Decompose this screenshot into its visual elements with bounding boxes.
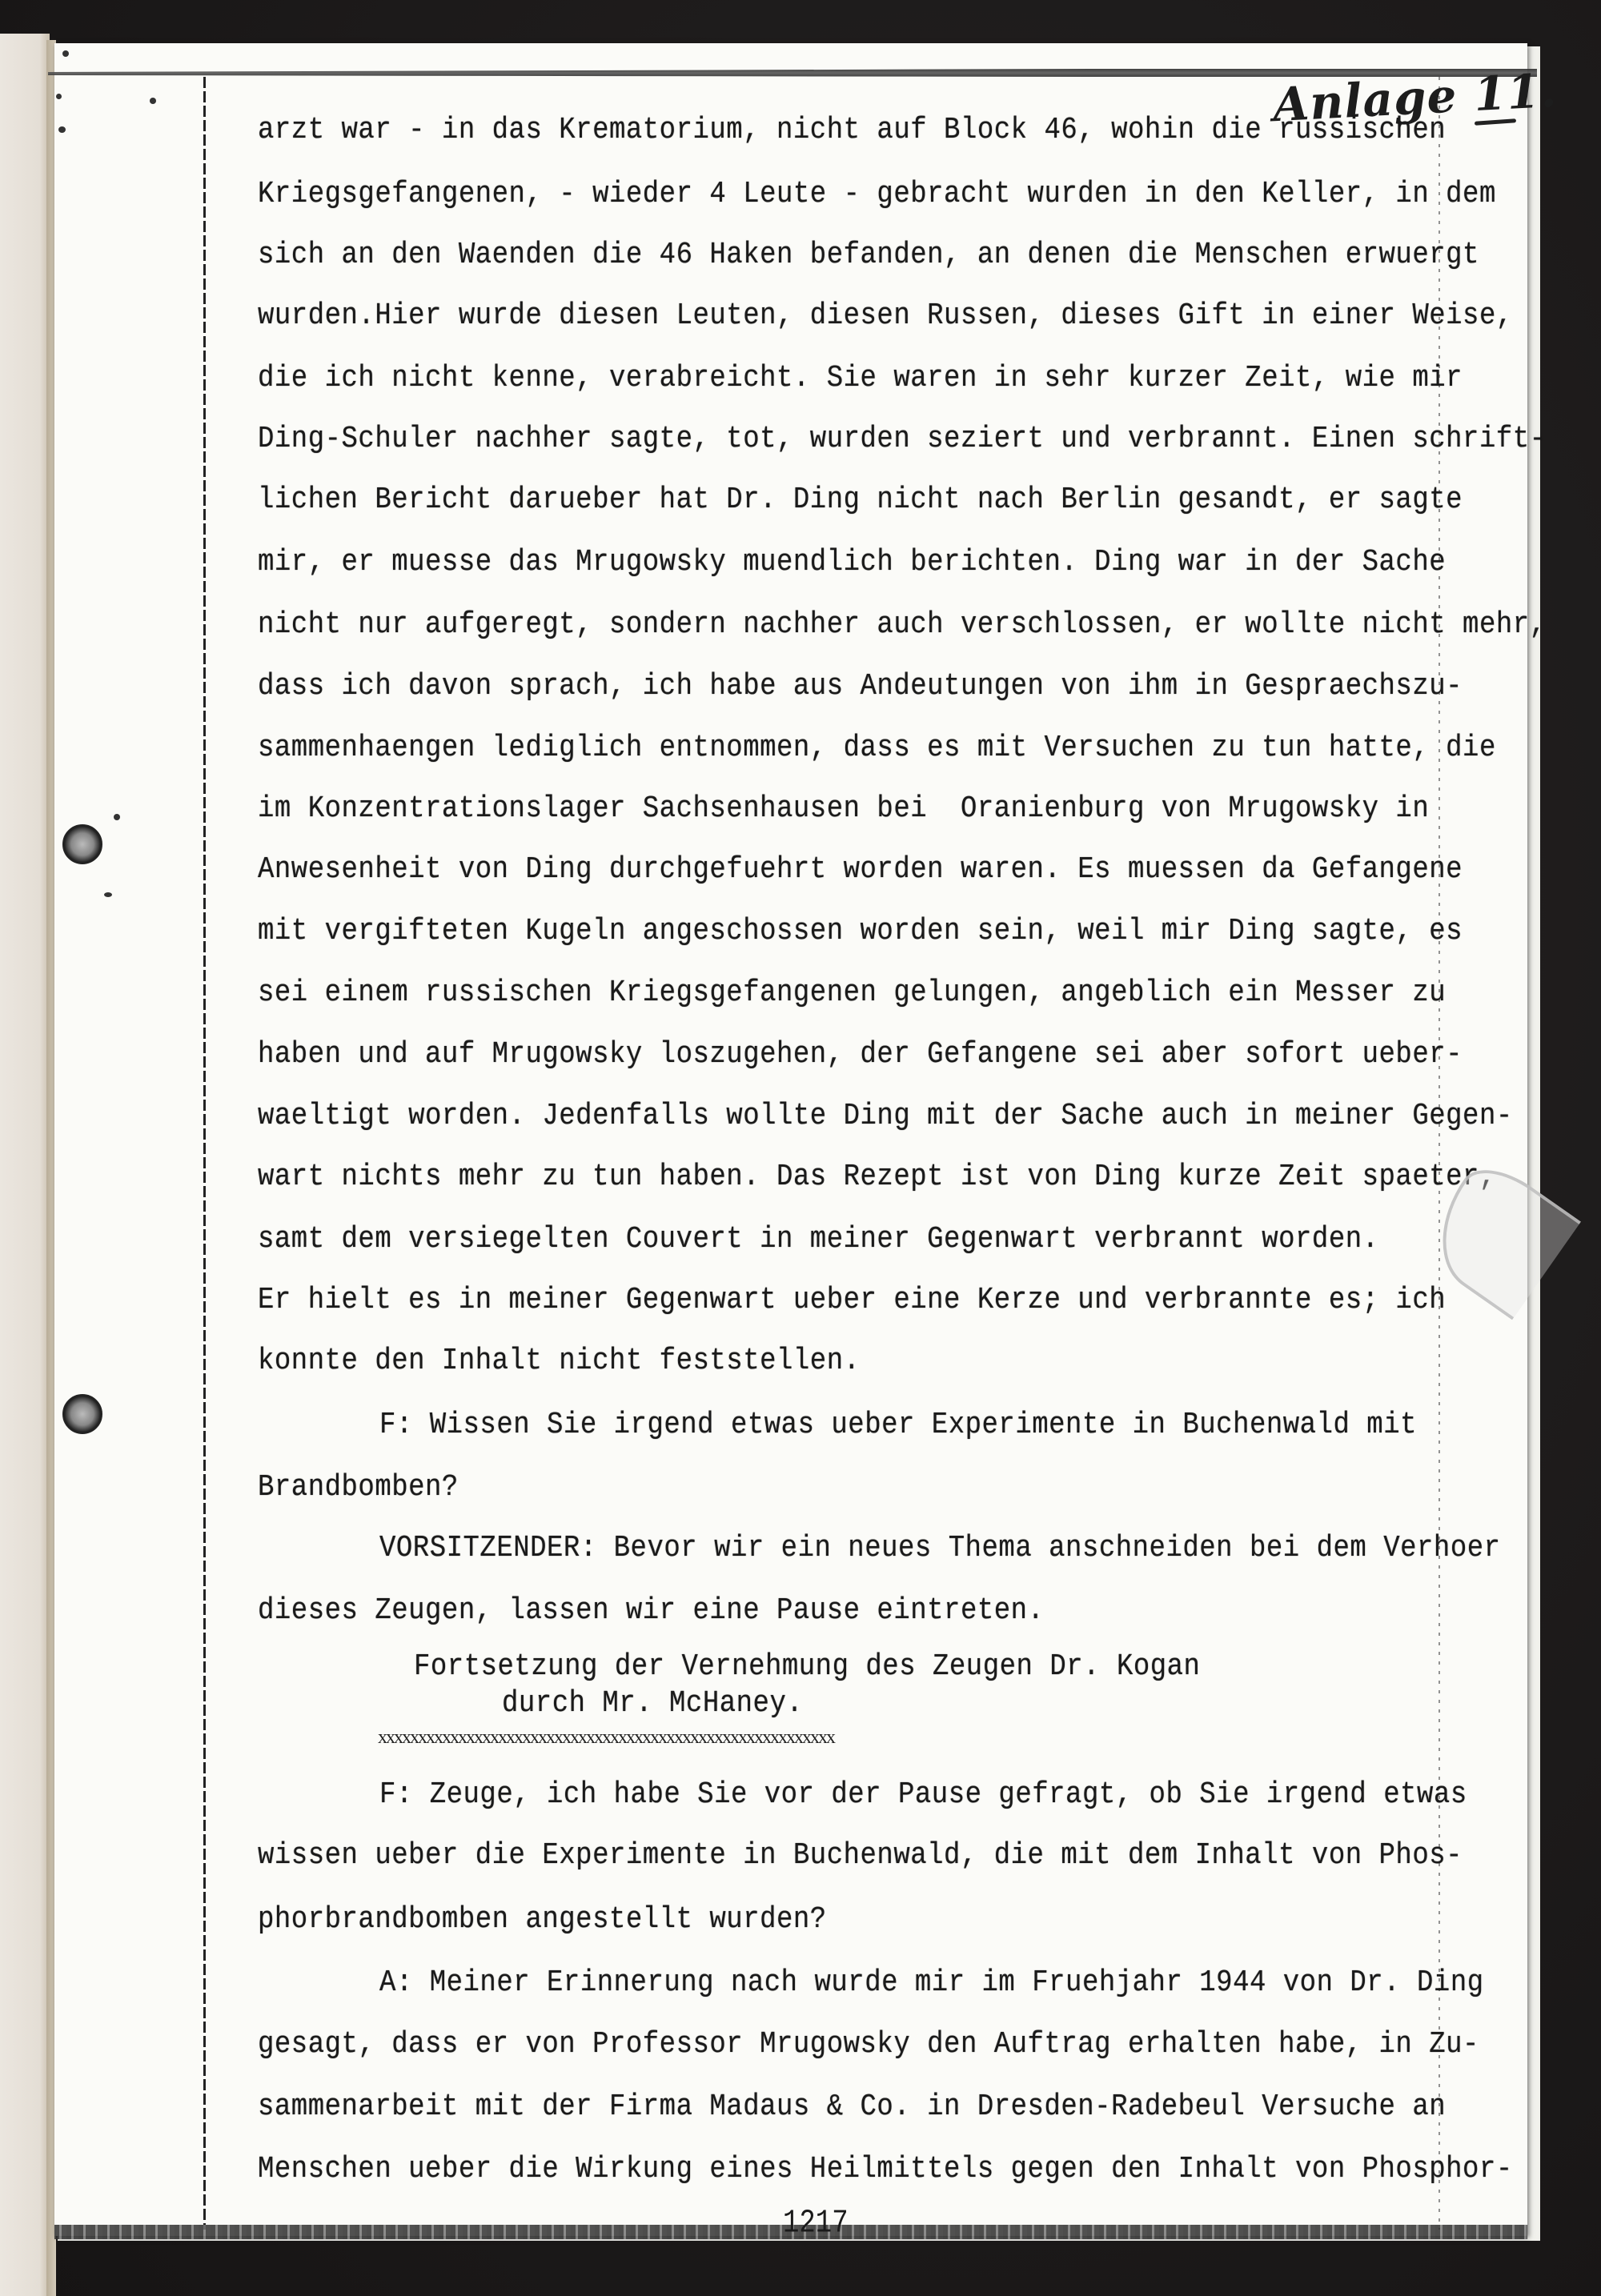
copy-frame-left-line <box>203 77 206 2230</box>
text-line: sich an den Waenden die 46 Haken befande… <box>258 238 1479 273</box>
underlying-folder-page <box>0 34 50 2296</box>
text-line: im Konzentrationslager Sachsenhausen bei… <box>258 792 1429 827</box>
text-line: F: Zeuge, ich habe Sie vor der Pause gef… <box>379 1778 1467 1813</box>
text-line: F: Wissen Sie irgend etwas ueber Experim… <box>379 1408 1417 1443</box>
copy-frame-right-line <box>1438 77 1440 2230</box>
text-line: Ding-Schuler nachher sagte, tot, wurden … <box>258 423 1547 457</box>
text-line: sammenarbeit mit der Firma Madaus & Co. … <box>258 2090 1446 2125</box>
text-line: wissen ueber die Experimente in Buchenwa… <box>258 1839 1463 1873</box>
punch-hole-bottom <box>62 1394 102 1434</box>
punch-hole-top <box>62 824 102 864</box>
speck <box>104 892 112 897</box>
text-line: wurden.Hier wurde diesen Leuten, diesen … <box>258 299 1513 334</box>
text-line: VORSITZENDER: Bevor wir ein neues Thema … <box>379 1532 1501 1566</box>
section-separator: xxxxxxxxxxxxxxxxxxxxxxxxxxxxxxxxxxxxxxxx… <box>378 1727 834 1749</box>
page-number: 1217 <box>783 2206 849 2242</box>
text-line: arzt war - in das Krematorium, nicht auf… <box>258 114 1446 148</box>
text-line: dass ich davon sprach, ich habe aus Ande… <box>258 670 1463 704</box>
text-line: Menschen ueber die Wirkung eines Heilmit… <box>258 2153 1513 2187</box>
speck <box>62 50 69 57</box>
text-line: lichen Bericht darueber hat Dr. Ding nic… <box>258 483 1463 518</box>
text-line: dieses Zeugen, lassen wir eine Pause ein… <box>258 1594 1044 1629</box>
speck <box>114 814 120 820</box>
speck <box>150 98 156 104</box>
text-line: haben und auf Mrugowsky loszugehen, der … <box>258 1038 1463 1072</box>
text-line: phorbrandbomben angestellt wurden? <box>258 1903 827 1937</box>
speck <box>56 94 62 99</box>
text-line: konnte den Inhalt nicht feststellen. <box>258 1344 861 1379</box>
text-line: durch Mr. McHaney. <box>502 1687 803 1721</box>
text-line: sei einem russischen Kriegsgefangenen ge… <box>258 976 1446 1011</box>
text-line: gesagt, dass er von Professor Mrugowsky … <box>258 2028 1479 2062</box>
text-line: sammenhaengen lediglich entnommen, dass … <box>258 731 1496 766</box>
text-line: Kriegsgefangenen, - wieder 4 Leute - geb… <box>258 178 1496 212</box>
text-line: Anwesenheit von Ding durchgefuehrt worde… <box>258 853 1463 888</box>
text-line: wart nichts mehr zu tun haben. Das Rezep… <box>258 1160 1496 1195</box>
text-line: waeltigt worden. Jedenfalls wollte Ding … <box>258 1100 1513 1134</box>
text-line: Brandbomben? <box>258 1471 459 1505</box>
text-line: mir, er muesse das Mrugowsky muendlich b… <box>258 546 1446 580</box>
scanned-document: Anlage 11. arzt war - in das Krematorium… <box>0 0 1601 2296</box>
text-line: A: Meiner Erinnerung nach wurde mir im F… <box>379 1966 1484 2001</box>
speck <box>58 126 66 133</box>
text-line: die ich nicht kenne, verabreicht. Sie wa… <box>258 362 1463 396</box>
text-line: nicht nur aufgeregt, sondern nachher auc… <box>258 608 1547 643</box>
text-line: Er hielt es in meiner Gegenwart ueber ei… <box>258 1284 1446 1318</box>
text-line: samt dem versiegelten Couvert in meiner … <box>258 1223 1379 1257</box>
text-line: Fortsetzung der Vernehmung des Zeugen Dr… <box>414 1650 1200 1685</box>
text-line: mit vergifteten Kugeln angeschossen word… <box>258 915 1463 949</box>
